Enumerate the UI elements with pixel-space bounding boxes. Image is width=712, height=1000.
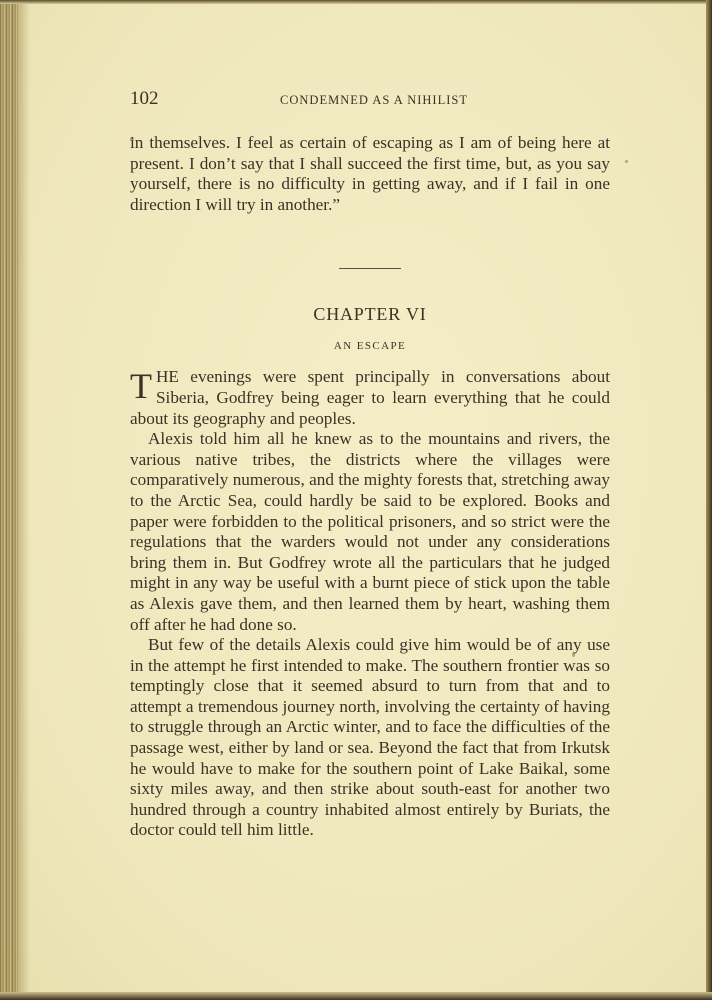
running-head: 102 CONDEMNED AS A NIHILIST <box>130 88 610 112</box>
page-stack-left-edge <box>0 4 18 996</box>
ink-speck <box>625 160 628 163</box>
page-bottom-edge <box>0 992 712 1000</box>
body-paragraph: Alexis told him all he knew as to the mo… <box>130 429 610 635</box>
opening-paragraph-text: HE evenings were spent principally in co… <box>130 367 610 427</box>
chapter-title: CHAPTER VI <box>130 304 610 324</box>
running-title: CONDEMNED AS A NIHILIST <box>130 93 610 108</box>
book-page: 102 CONDEMNED AS A NIHILIST in themselve… <box>0 0 712 1000</box>
page-top-edge <box>0 0 712 4</box>
body-paragraph: But few of the details Alexis could give… <box>130 635 610 841</box>
continued-paragraph: in themselves. I feel as certain of esca… <box>130 133 610 215</box>
chapter-body: THE evenings were spent principally in c… <box>130 367 610 841</box>
page-right-edge <box>706 0 712 1000</box>
chapter-subtitle: AN ESCAPE <box>130 339 610 353</box>
page-content: 102 CONDEMNED AS A NIHILIST in themselve… <box>130 88 610 841</box>
gutter-shadow <box>18 4 30 996</box>
drop-cap: T <box>130 371 152 401</box>
opening-paragraph: THE evenings were spent principally in c… <box>130 367 610 429</box>
section-divider <box>339 268 401 269</box>
